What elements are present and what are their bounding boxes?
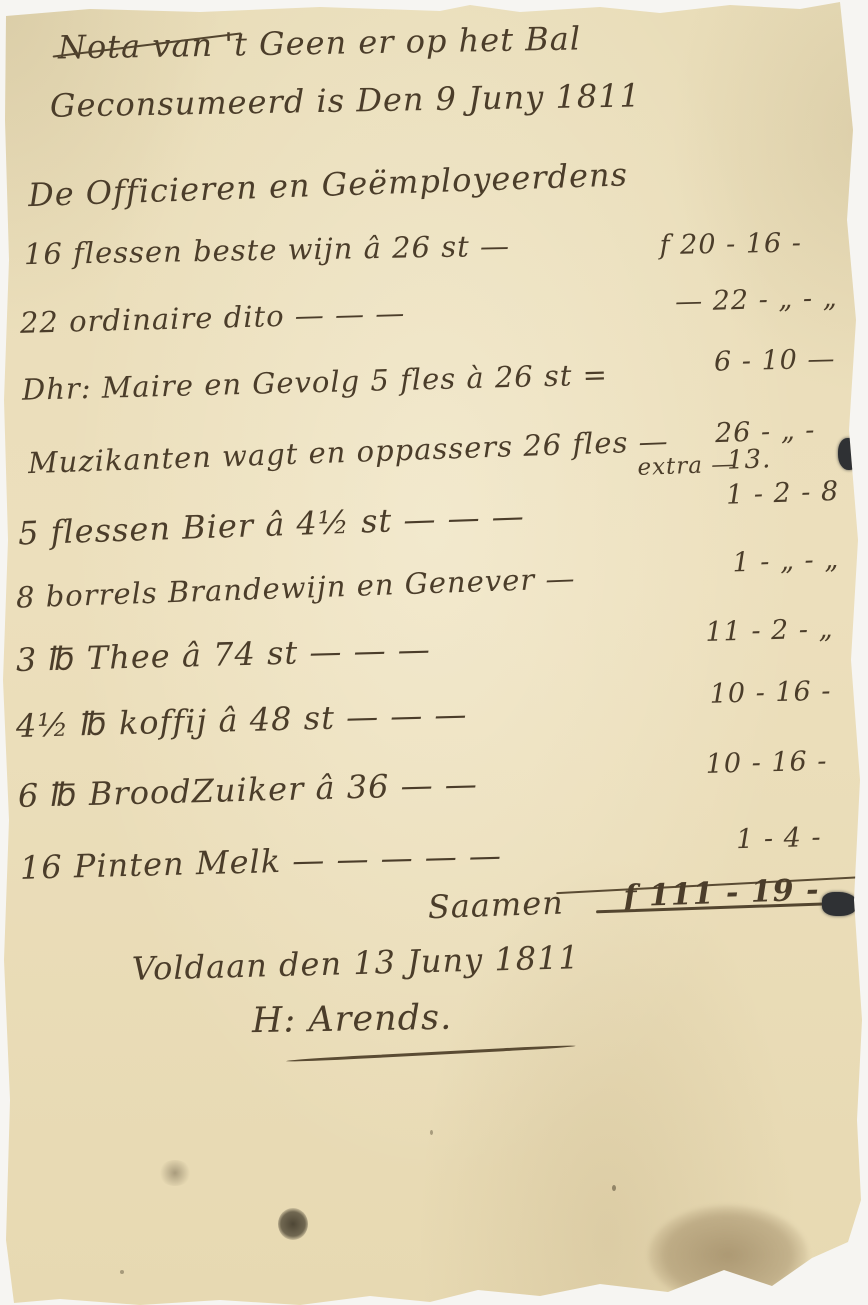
scanned-receipt-page: { "document": { "language": "Dutch", "ty…: [0, 0, 868, 1305]
item-description: 22 ordinaire dito — — —: [20, 296, 406, 340]
ledger-line-wine-ordinary: 22 ordinaire dito — — — — 22 - „ - „: [0, 284, 868, 355]
item-amount: 10 - 16 -: [705, 746, 827, 780]
item-description: 4½ ℔ koffij â 48 st — — —: [16, 695, 468, 745]
item-description: 3 ℔ Thee â 74 st — — —: [16, 630, 432, 679]
item-amount: 11 - 2 - „: [705, 614, 834, 648]
title-line-2: Geconsumeerd is Den 9 Juny 1811: [0, 72, 868, 135]
item-amount: — 22 - „ - „: [675, 282, 838, 317]
ledger-line-maire: Dhr: Maire en Gevolg 5 fles à 26 st = 6 …: [0, 351, 868, 422]
ledger-line-sugar: 6 ℔ BroodZuiker â 36 — — 10 - 16 -: [0, 755, 868, 826]
stain-bottom-right: [648, 1205, 808, 1305]
extra-amount: 13.: [726, 444, 771, 476]
paper-speck: [120, 1270, 124, 1274]
ink-blot-total: [822, 892, 858, 916]
item-amount: 6 - 10 —: [714, 343, 836, 377]
item-amount: 1 - „ - „: [732, 544, 840, 579]
total-label: Saamen: [427, 883, 564, 926]
section-heading-text: De Officieren en Geëmployeerdens: [27, 155, 628, 214]
section-heading-line: De Officieren en Geëmployeerdens: [0, 147, 868, 225]
item-description: 8 borrels Brandewijn en Genever —: [15, 561, 576, 615]
paper-speck: [430, 1130, 433, 1135]
item-amount: f 20 - 16 -: [659, 228, 802, 261]
item-amount: 1 - 2 - 8: [726, 476, 840, 511]
item-description: 16 flessen beste wijn â 26 st —: [24, 229, 511, 271]
paid-text: Voldaan den 13 Juny 1811: [131, 938, 580, 988]
extra-label: extra —: [637, 451, 736, 480]
aged-paper-sheet: Nota van 't Geen er op het Bal Geconsume…: [0, 0, 868, 1305]
signature-line: H: Arends.: [0, 990, 868, 1053]
item-description: Dhr: Maire en Gevolg 5 fles à 26 st =: [22, 357, 609, 406]
title-text-1: Nota van 't Geen er op het Bal: [58, 19, 582, 66]
signature-text: H: Arends.: [252, 998, 453, 1041]
item-description: 16 Pinten Melk — — — — —: [20, 836, 503, 887]
item-amount: 1 - 4 -: [736, 822, 822, 855]
item-amount: 10 - 16 -: [709, 676, 831, 710]
smudge-left: [158, 1160, 192, 1186]
ledger-line-coffee: 4½ ℔ koffij â 48 st — — — 10 - 16 -: [0, 685, 868, 756]
title-text-2: Geconsumeerd is Den 9 Juny 1811: [50, 76, 642, 124]
ledger-line-wine-best: 16 flessen beste wijn â 26 st — f 20 - 1…: [0, 222, 868, 285]
paper-speck: [612, 1185, 616, 1191]
ink-spot-bottom-center: [278, 1208, 308, 1240]
item-description: 6 ℔ BroodZuiker â 36 — —: [18, 765, 479, 815]
